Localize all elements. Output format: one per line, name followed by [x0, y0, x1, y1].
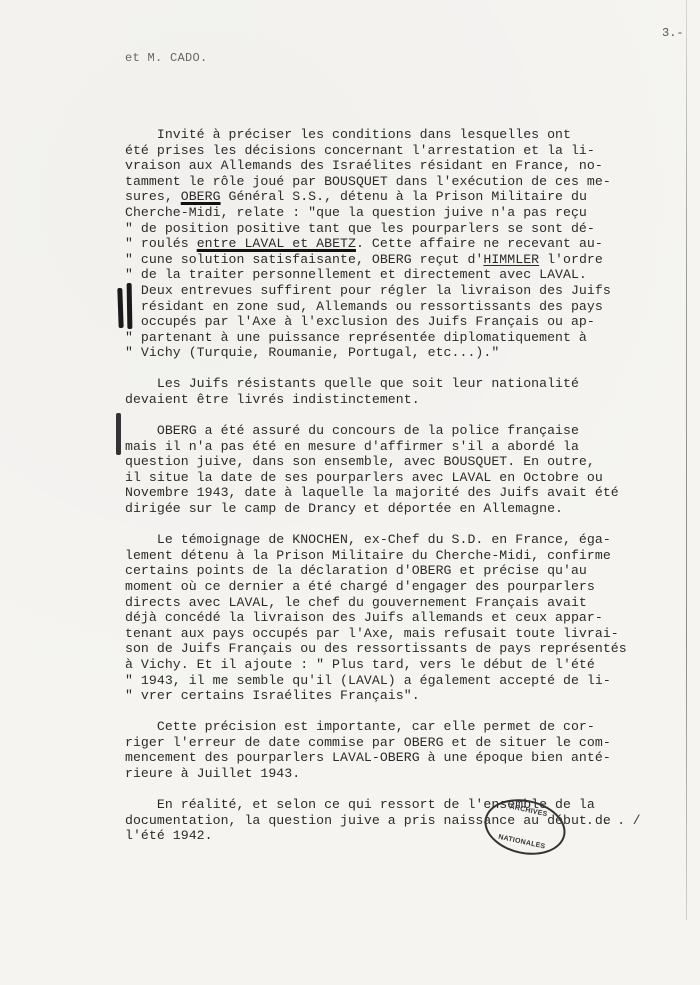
page-number: 3.-	[662, 26, 684, 40]
text-line: Deux entrevues suffirent pour régler la …	[125, 283, 685, 299]
margin-mark-double-bar-right	[127, 283, 133, 329]
text-line: certains points de la déclaration d'OBER…	[125, 563, 685, 579]
underlined-text: OBERG	[181, 189, 221, 204]
text-line: Le témoignage de KNOCHEN, ex-Chef du S.D…	[125, 532, 685, 548]
text-line: Les Juifs résistants quelle que soit leu…	[125, 376, 685, 392]
text-line: riger l'erreur de date commise par OBERG…	[125, 735, 685, 751]
text-line: rieure à Juillet 1943.	[125, 766, 685, 782]
text-line: lement détenu à la Prison Militaire du C…	[125, 548, 685, 564]
text-line: vraison aux Allemands des Israélites rés…	[125, 158, 685, 174]
text-line: tamment le rôle joué par BOUSQUET dans l…	[125, 174, 685, 190]
underlined-text: entre LAVAL et ABETZ	[197, 236, 356, 251]
text-line: Novembre 1943, date à laquelle la majori…	[125, 485, 685, 501]
paragraph: OBERG a été assuré du concours de la pol…	[125, 423, 685, 517]
text-line: Cherche-Midi, relate : "que la question …	[125, 205, 685, 221]
margin-mark-bar	[116, 413, 121, 455]
margin-mark-double-bar-left	[117, 288, 123, 328]
text-line: devaient être livrés indistinctement.	[125, 392, 685, 408]
text-line: " cune solution satisfaisante, OBERG reç…	[125, 252, 685, 268]
text-line: déjà concédé la livraison des Juifs alle…	[125, 610, 685, 626]
text-line: Cette précision est importante, car elle…	[125, 719, 685, 735]
text-line: occupés par l'Axe à l'exclusion des Juif…	[125, 314, 685, 330]
text-line: " roulés entre LAVAL et ABETZ. Cette aff…	[125, 236, 685, 252]
text-line: moment où ce dernier a été chargé d'enga…	[125, 579, 685, 595]
text-line: sures, OBERG Général S.S., détenu à la P…	[125, 189, 685, 205]
page-edge-line	[686, 0, 687, 920]
text-line: tenant aux pays occupés par l'Axe, mais …	[125, 626, 685, 642]
text-line: il situe la date de ses pourparlers avec…	[125, 470, 685, 486]
text-line: mais il n'a pas été en mesure d'affirmer…	[125, 439, 685, 455]
text-line: " de la traiter personnellement et direc…	[125, 267, 685, 283]
paragraph: Cette précision est importante, car elle…	[125, 719, 685, 781]
text-line: question juive, dans son ensemble, avec …	[125, 454, 685, 470]
text-line: OBERG a été assuré du concours de la pol…	[125, 423, 685, 439]
text-line: son de Juifs Français ou des ressortissa…	[125, 641, 685, 657]
text-line: l'été 1942.	[125, 828, 685, 844]
continuation-mark: . . . /	[586, 813, 641, 828]
text-line: été prises les décisions concernant l'ar…	[125, 143, 685, 159]
text-line: " partenant à une puissance représentée …	[125, 330, 685, 346]
document-page: 3.- et M. CADO. Invité à préciser les co…	[0, 0, 700, 985]
text-line: " de position positive tant que les pour…	[125, 221, 685, 237]
text-line: résidant en zone sud, Allemands ou resso…	[125, 299, 685, 315]
text-line: En réalité, et selon ce qui ressort de l…	[125, 797, 685, 813]
paragraph: Les Juifs résistants quelle que soit leu…	[125, 376, 685, 407]
text-line: " 1943, il me semble qu'il (LAVAL) a éga…	[125, 673, 685, 689]
text-line: " Vichy (Turquie, Roumanie, Portugal, et…	[125, 345, 685, 361]
text-line: " vrer certains Israélites Français".	[125, 688, 685, 704]
underlined-text: HIMMLER	[483, 252, 539, 267]
text-line: directs avec LAVAL, le chef du gouvernem…	[125, 595, 685, 611]
text-line: dirigée sur le camp de Drancy et déporté…	[125, 501, 685, 517]
paragraph: Le témoignage de KNOCHEN, ex-Chef du S.D…	[125, 532, 685, 704]
paragraph: Invité à préciser les conditions dans le…	[125, 127, 685, 361]
salutation: et M. CADO.	[125, 51, 208, 65]
document-body: Invité à préciser les conditions dans le…	[125, 127, 685, 859]
text-line: Invité à préciser les conditions dans le…	[125, 127, 685, 143]
text-line: à Vichy. Et il ajoute : " Plus tard, ver…	[125, 657, 685, 673]
text-line: mencement des pourparlers LAVAL-OBERG à …	[125, 750, 685, 766]
